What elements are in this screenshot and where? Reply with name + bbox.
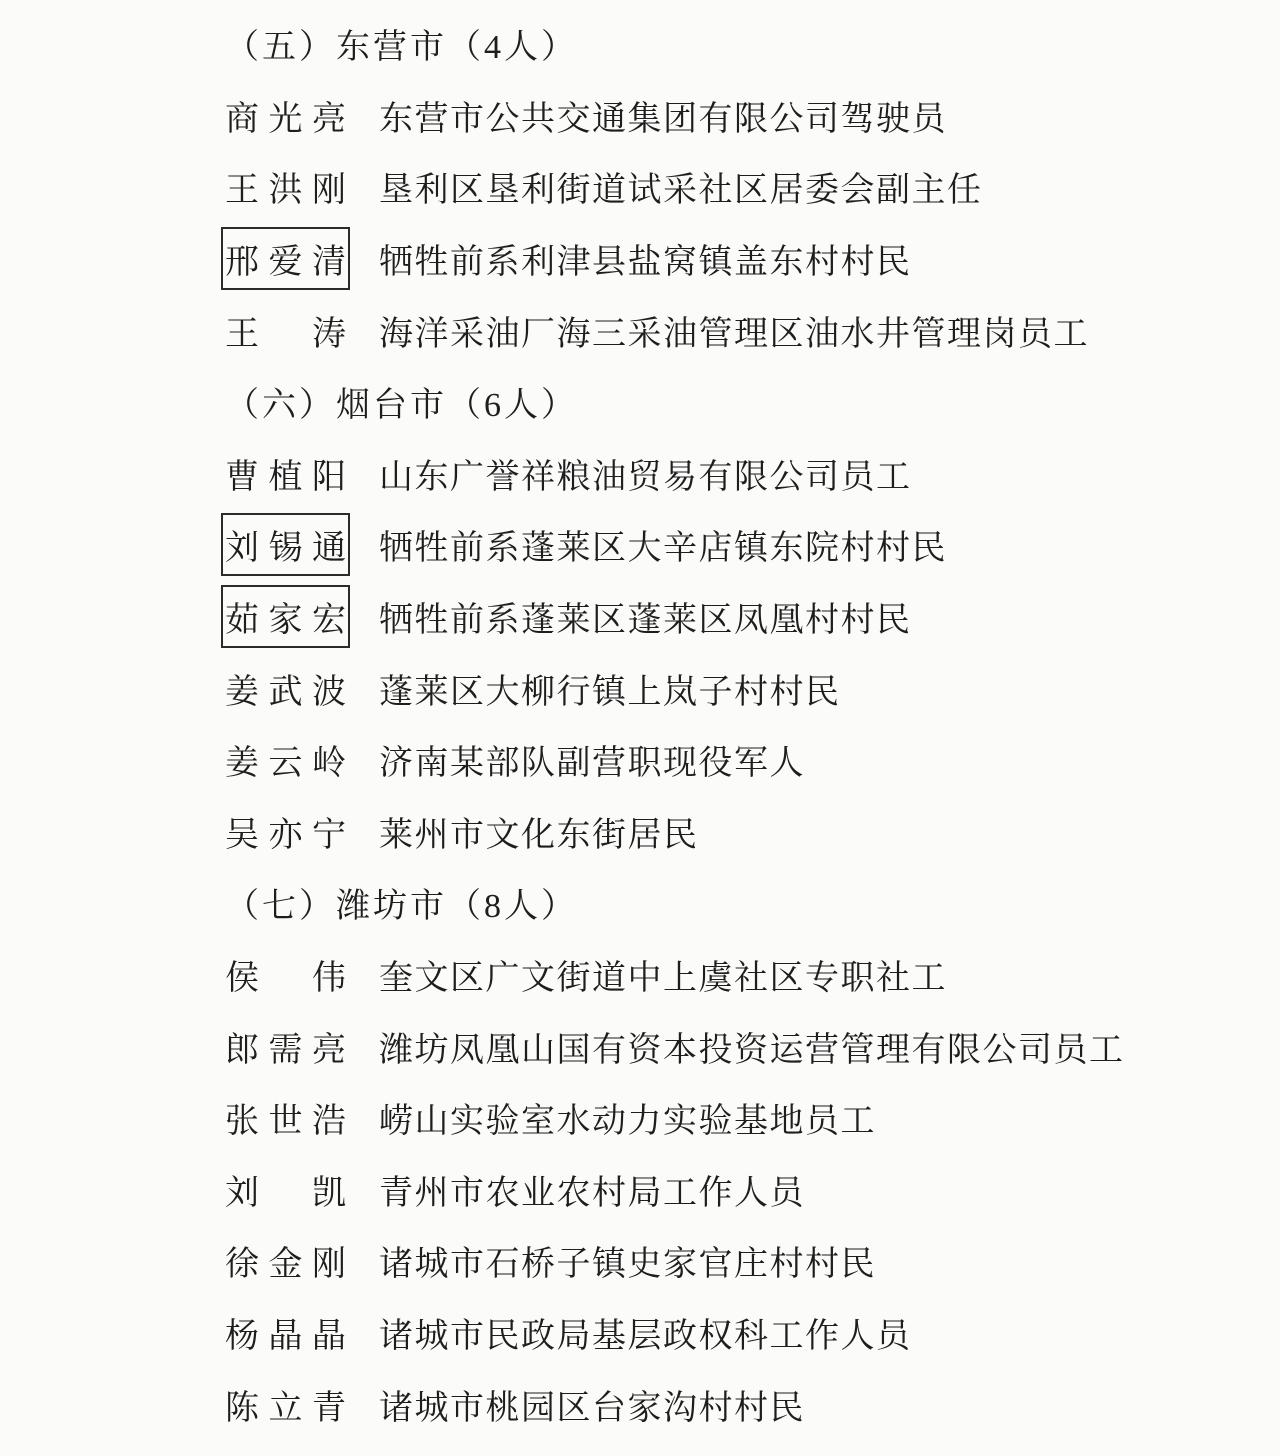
entry-description: 诸城市石桥子镇史家官庄村村民 [379, 1236, 876, 1285]
entry-description: 诸城市桃园区台家沟村村民 [379, 1380, 805, 1429]
entry-row: 姜武波 蓬莱区大柳行镇上岚子村村民 [0, 652, 1280, 724]
entry-name: 王涛 [225, 306, 346, 355]
entry-row: 茹家宏 牺牲前系蓬莱区蓬莱区凤凰村村民 [0, 581, 1280, 653]
entry-description: 山东广誉祥粮油贸易有限公司员工 [379, 449, 912, 498]
entry-description: 海洋采油厂海三采油管理区油水井管理岗员工 [379, 306, 1089, 355]
entry-description: 蓬莱区大柳行镇上岚子村村民 [379, 664, 841, 713]
entry-row: 王洪刚 垦利区垦利街道试采社区居委会副主任 [0, 151, 1280, 223]
entry-name: 商光亮 [225, 91, 346, 140]
entry-name: 吴亦宁 [225, 807, 346, 856]
entry-row: 曹植阳 山东广誉祥粮油贸易有限公司员工 [0, 438, 1280, 510]
entry-description: 牺牲前系利津县盐窝镇盖东村村民 [379, 234, 912, 283]
entry-description: 牺牲前系蓬莱区蓬莱区凤凰村村民 [379, 592, 912, 641]
section-heading-yantai: （六）烟台市（6人） [0, 366, 1280, 438]
entry-row: 商光亮 东营市公共交通集团有限公司驾驶员 [0, 80, 1280, 152]
entry-row: 徐金刚 诸城市石桥子镇史家官庄村村民 [0, 1225, 1280, 1297]
entry-name: 张世浩 [225, 1093, 346, 1142]
section-heading-text: （六）烟台市（6人） [225, 377, 578, 426]
section-heading-text: （五）东营市（4人） [225, 19, 578, 68]
entry-name: 陈立青 [225, 1380, 346, 1429]
entry-name: 姜云岭 [225, 735, 346, 784]
entry-description: 莱州市文化东街居民 [379, 807, 699, 856]
entry-row: 姜云岭 济南某部队副营职现役军人 [0, 724, 1280, 796]
entry-row: 刘锡通 牺牲前系蓬莱区大辛店镇东院村村民 [0, 509, 1280, 581]
entry-row: 陈立青 诸城市桃园区台家沟村村民 [0, 1368, 1280, 1440]
entry-description: 垦利区垦利街道试采社区居委会副主任 [379, 162, 983, 211]
entry-name: 王洪刚 [225, 162, 346, 211]
section-heading-dongying: （五）东营市（4人） [0, 8, 1280, 80]
entry-row: 吴亦宁 莱州市文化东街居民 [0, 796, 1280, 868]
entry-description: 诸城市民政局基层政权科工作人员 [379, 1308, 912, 1357]
entry-description: 潍坊凤凰山国有资本投资运营管理有限公司员工 [379, 1022, 1125, 1071]
entry-name: 郎需亮 [225, 1022, 346, 1071]
entry-name: 侯伟 [225, 950, 346, 999]
entry-name: 刘凯 [225, 1165, 346, 1214]
entry-description: 牺牲前系蓬莱区大辛店镇东院村村民 [379, 520, 947, 569]
entry-row: 王涛 海洋采油厂海三采油管理区油水井管理岗员工 [0, 294, 1280, 366]
entry-description: 济南某部队副营职现役军人 [379, 735, 805, 784]
entry-description: 奎文区广文街道中上虞社区专职社工 [379, 950, 947, 999]
entry-name: 杨晶晶 [225, 1308, 346, 1357]
entry-row: 郎需亮 潍坊凤凰山国有资本投资运营管理有限公司员工 [0, 1010, 1280, 1082]
entry-row: 侯伟 奎文区广文街道中上虞社区专职社工 [0, 939, 1280, 1011]
section-heading-text: （七）潍坊市（8人） [225, 878, 578, 927]
entry-name-boxed: 邢爱清 [221, 227, 350, 290]
entry-name-boxed: 刘锡通 [221, 513, 350, 576]
document-page: （五）东营市（4人） 商光亮 东营市公共交通集团有限公司驾驶员 王洪刚 垦利区垦… [0, 0, 1280, 1456]
entry-description: 青州市农业农村局工作人员 [379, 1165, 805, 1214]
entry-row: 杨晶晶 诸城市民政局基层政权科工作人员 [0, 1297, 1280, 1369]
entry-name: 徐金刚 [225, 1236, 346, 1285]
entry-name: 曹植阳 [225, 449, 346, 498]
entry-description: 崂山实验室水动力实验基地员工 [379, 1093, 876, 1142]
entry-row: 张世浩 崂山实验室水动力实验基地员工 [0, 1082, 1280, 1154]
entry-name-boxed: 茹家宏 [221, 585, 350, 648]
section-heading-weifang: （七）潍坊市（8人） [0, 867, 1280, 939]
entry-row: 邢爱清 牺牲前系利津县盐窝镇盖东村村民 [0, 223, 1280, 295]
entry-name: 姜武波 [225, 664, 346, 713]
entry-row: 刘凯 青州市农业农村局工作人员 [0, 1154, 1280, 1226]
entry-description: 东营市公共交通集团有限公司驾驶员 [379, 91, 947, 140]
